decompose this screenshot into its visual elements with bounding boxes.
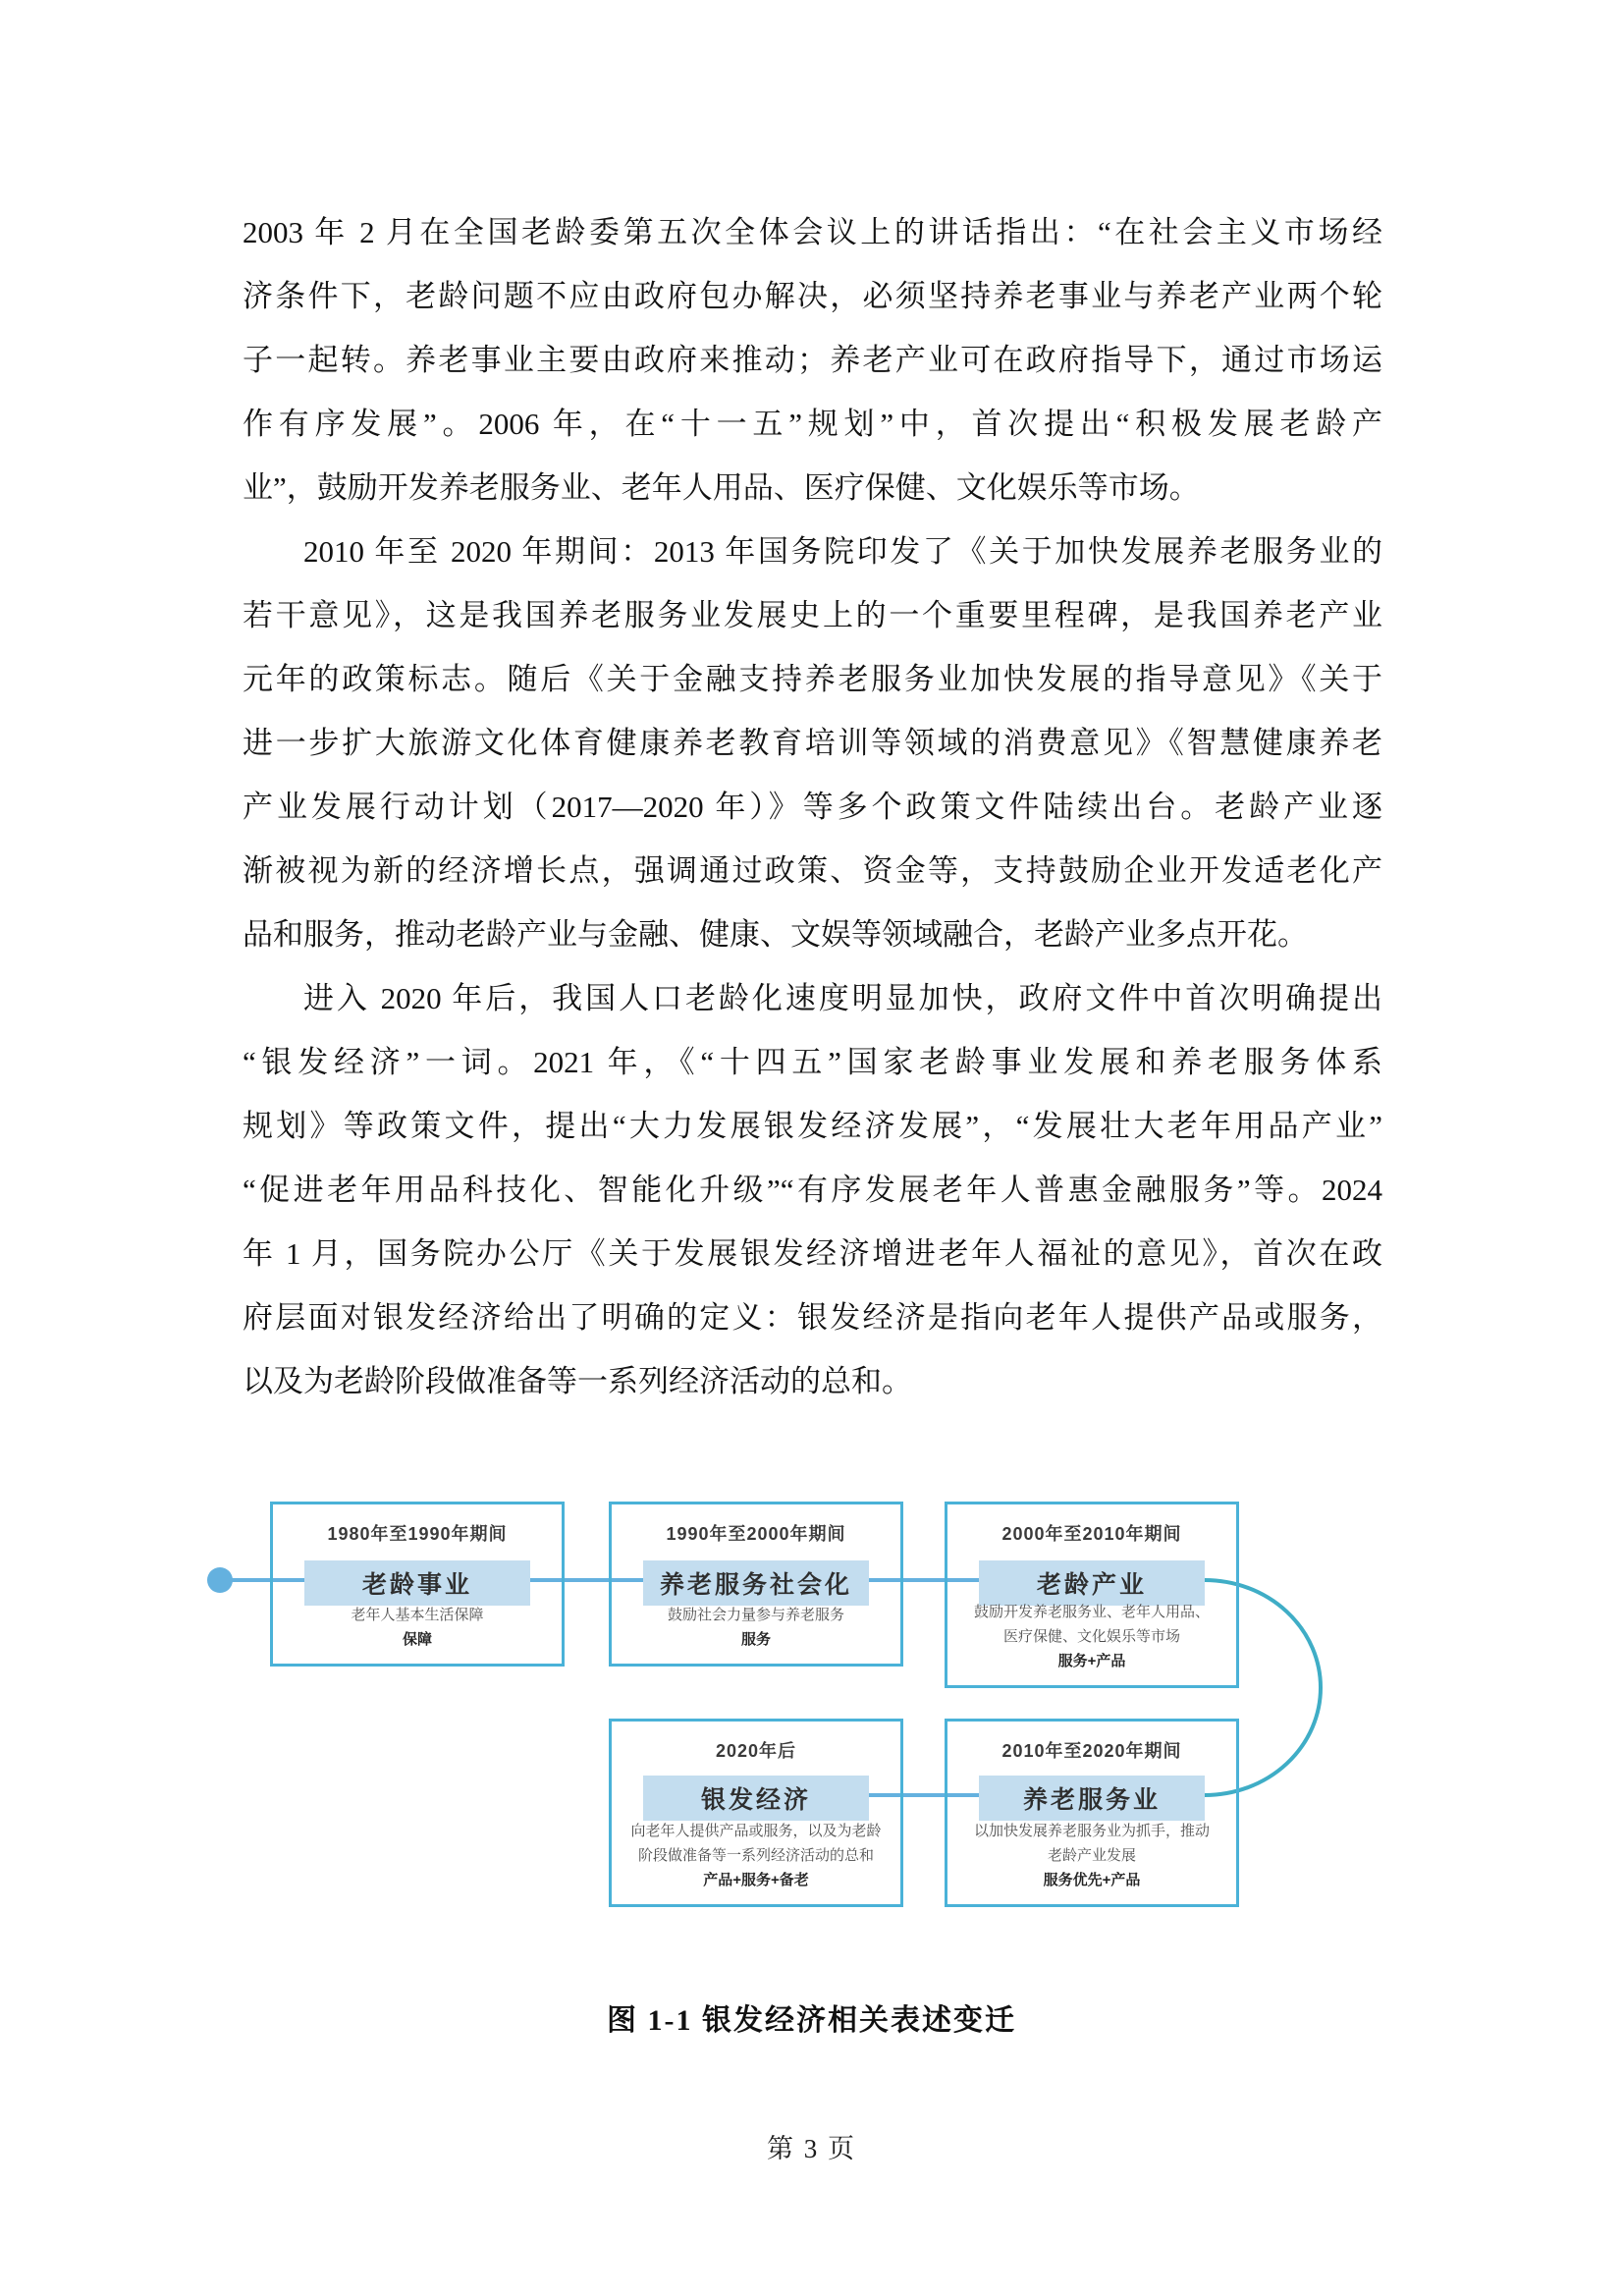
node-tagline: 产品+服务+备老 bbox=[617, 1868, 895, 1892]
timeline-node-2010s: 2010年至2020年期间 养老服务业 以加快发展养老服务业为抓手，推动 老龄产… bbox=[945, 1719, 1239, 1907]
node-desc-line: 阶段做准备等一系列经济活动的总和 bbox=[617, 1843, 895, 1868]
node-description: 以加快发展养老服务业为抓手，推动 老龄产业发展 服务优先+产品 bbox=[952, 1819, 1231, 1892]
body-line: 子一起转。养老事业主要由政府来推动；养老产业可在政府指导下，通过市场运 bbox=[243, 328, 1382, 392]
figure-caption: 图 1-1 银发经济相关表述变迁 bbox=[0, 1995, 1623, 2039]
node-desc-line: 鼓励开发养老服务业、老年人用品、 bbox=[952, 1600, 1231, 1624]
node-description: 鼓励开发养老服务业、老年人用品、 医疗保健、文化娱乐等市场 服务+产品 bbox=[952, 1600, 1231, 1673]
page-number: 第 3 页 bbox=[0, 2127, 1623, 2165]
body-line: 业”，鼓励开发养老服务业、老年人用品、医疗保健、文化娱乐等市场。 bbox=[243, 456, 1382, 519]
node-title: 银发经济 bbox=[701, 1780, 811, 1816]
timeline-node-1980s: 1980年至1990年期间 老龄事业 老年人基本生活保障 保障 bbox=[270, 1502, 565, 1667]
body-line: 年 1 月，国务院办公厅《关于发展银发经济增进老年人福祉的意见》，首次在政 bbox=[243, 1222, 1382, 1285]
node-period: 1980年至1990年期间 bbox=[273, 1520, 562, 1546]
node-tagline: 服务+产品 bbox=[952, 1649, 1231, 1673]
node-tagline: 保障 bbox=[278, 1627, 557, 1652]
body-line: 进入 2020 年后，我国人口老龄化速度明显加快，政府文件中首次明确提出 bbox=[243, 966, 1382, 1030]
node-title: 养老服务社会化 bbox=[660, 1565, 852, 1601]
body-line: “促进老年用品科技化、智能化升级”“有序发展老年人普惠金融服务”等。2024 bbox=[243, 1158, 1382, 1222]
body-line: 渐被视为新的经济增长点，强调通过政策、资金等，支持鼓励企业开发适老化产 bbox=[243, 839, 1382, 902]
body-line: 元年的政策标志。随后《关于金融支持养老服务业加快发展的指导意见》《关于 bbox=[243, 647, 1382, 711]
node-period: 1990年至2000年期间 bbox=[612, 1520, 900, 1546]
body-line: 济条件下，老龄问题不应由政府包办解决，必须坚持养老事业与养老产业两个轮 bbox=[243, 264, 1382, 328]
body-line: 进一步扩大旅游文化体育健康养老教育培训等领域的消费意见》《智慧健康养老 bbox=[243, 711, 1382, 775]
node-desc-line: 以加快发展养老服务业为抓手，推动 bbox=[952, 1819, 1231, 1843]
body-line: 府层面对银发经济给出了明确的定义：银发经济是指向老年人提供产品或服务， bbox=[243, 1285, 1382, 1349]
node-tagline: 服务 bbox=[617, 1627, 895, 1652]
node-title: 老龄事业 bbox=[362, 1565, 472, 1601]
node-title: 老龄产业 bbox=[1037, 1565, 1147, 1601]
body-line: 规划》等政策文件，提出“大力发展银发经济发展”，“发展壮大老年用品产业” bbox=[243, 1094, 1382, 1158]
timeline-node-2020s: 2020年后 银发经济 向老年人提供产品或服务，以及为老龄 阶段做准备等一系列经… bbox=[609, 1719, 903, 1907]
node-title: 养老服务业 bbox=[1023, 1780, 1161, 1816]
node-desc-line: 向老年人提供产品或服务，以及为老龄 bbox=[617, 1819, 895, 1843]
node-desc-line: 老年人基本生活保障 bbox=[278, 1603, 557, 1627]
node-period: 2010年至2020年期间 bbox=[947, 1737, 1236, 1763]
body-line: 2003 年 2 月在全国老龄委第五次全体会议上的讲话指出：“在社会主义市场经 bbox=[243, 200, 1382, 264]
node-desc-line: 医疗保健、文化娱乐等市场 bbox=[952, 1624, 1231, 1649]
body-line: “银发经济”一词。2021 年，《“十四五”国家老龄事业发展和养老服务体系 bbox=[243, 1030, 1382, 1094]
node-title-bar: 银发经济 bbox=[643, 1776, 869, 1821]
body-line: 若干意见》，这是我国养老服务业发展史上的一个重要里程碑，是我国养老产业 bbox=[243, 583, 1382, 647]
timeline-node-1990s: 1990年至2000年期间 养老服务社会化 鼓励社会力量参与养老服务 服务 bbox=[609, 1502, 903, 1667]
node-desc-line: 老龄产业发展 bbox=[952, 1843, 1231, 1868]
node-period: 2020年后 bbox=[612, 1737, 900, 1763]
node-description: 老年人基本生活保障 保障 bbox=[278, 1603, 557, 1652]
node-period: 2000年至2010年期间 bbox=[947, 1520, 1236, 1546]
body-line: 作有序发展”。2006 年，在“十一五”规划”中，首次提出“积极发展老龄产 bbox=[243, 392, 1382, 456]
node-title-bar: 养老服务业 bbox=[979, 1776, 1205, 1821]
timeline-node-2000s: 2000年至2010年期间 老龄产业 鼓励开发养老服务业、老年人用品、 医疗保健… bbox=[945, 1502, 1239, 1688]
body-line: 2010 年至 2020 年期间：2013 年国务院印发了《关于加快发展养老服务… bbox=[243, 519, 1382, 583]
node-title-bar: 老龄事业 bbox=[304, 1560, 530, 1606]
document-page: 2003 年 2 月在全国老龄委第五次全体会议上的讲话指出：“在社会主义市场经 … bbox=[0, 0, 1623, 2296]
node-description: 鼓励社会力量参与养老服务 服务 bbox=[617, 1603, 895, 1652]
body-line: 产业发展行动计划（2017—2020 年）》等多个政策文件陆续出台。老龄产业逐 bbox=[243, 775, 1382, 839]
node-tagline: 服务优先+产品 bbox=[952, 1868, 1231, 1892]
node-desc-line: 鼓励社会力量参与养老服务 bbox=[617, 1603, 895, 1627]
body-line: 以及为老龄阶段做准备等一系列经济活动的总和。 bbox=[243, 1349, 1382, 1413]
node-title-bar: 养老服务社会化 bbox=[643, 1560, 869, 1606]
figure-timeline: 1980年至1990年期间 老龄事业 老年人基本生活保障 保障 1990年至20… bbox=[206, 1497, 1355, 1988]
body-text: 2003 年 2 月在全国老龄委第五次全体会议上的讲话指出：“在社会主义市场经 … bbox=[243, 200, 1382, 1413]
node-description: 向老年人提供产品或服务，以及为老龄 阶段做准备等一系列经济活动的总和 产品+服务… bbox=[617, 1819, 895, 1892]
body-line: 品和服务，推动老龄产业与金融、健康、文娱等领域融合，老龄产业多点开花。 bbox=[243, 902, 1382, 966]
